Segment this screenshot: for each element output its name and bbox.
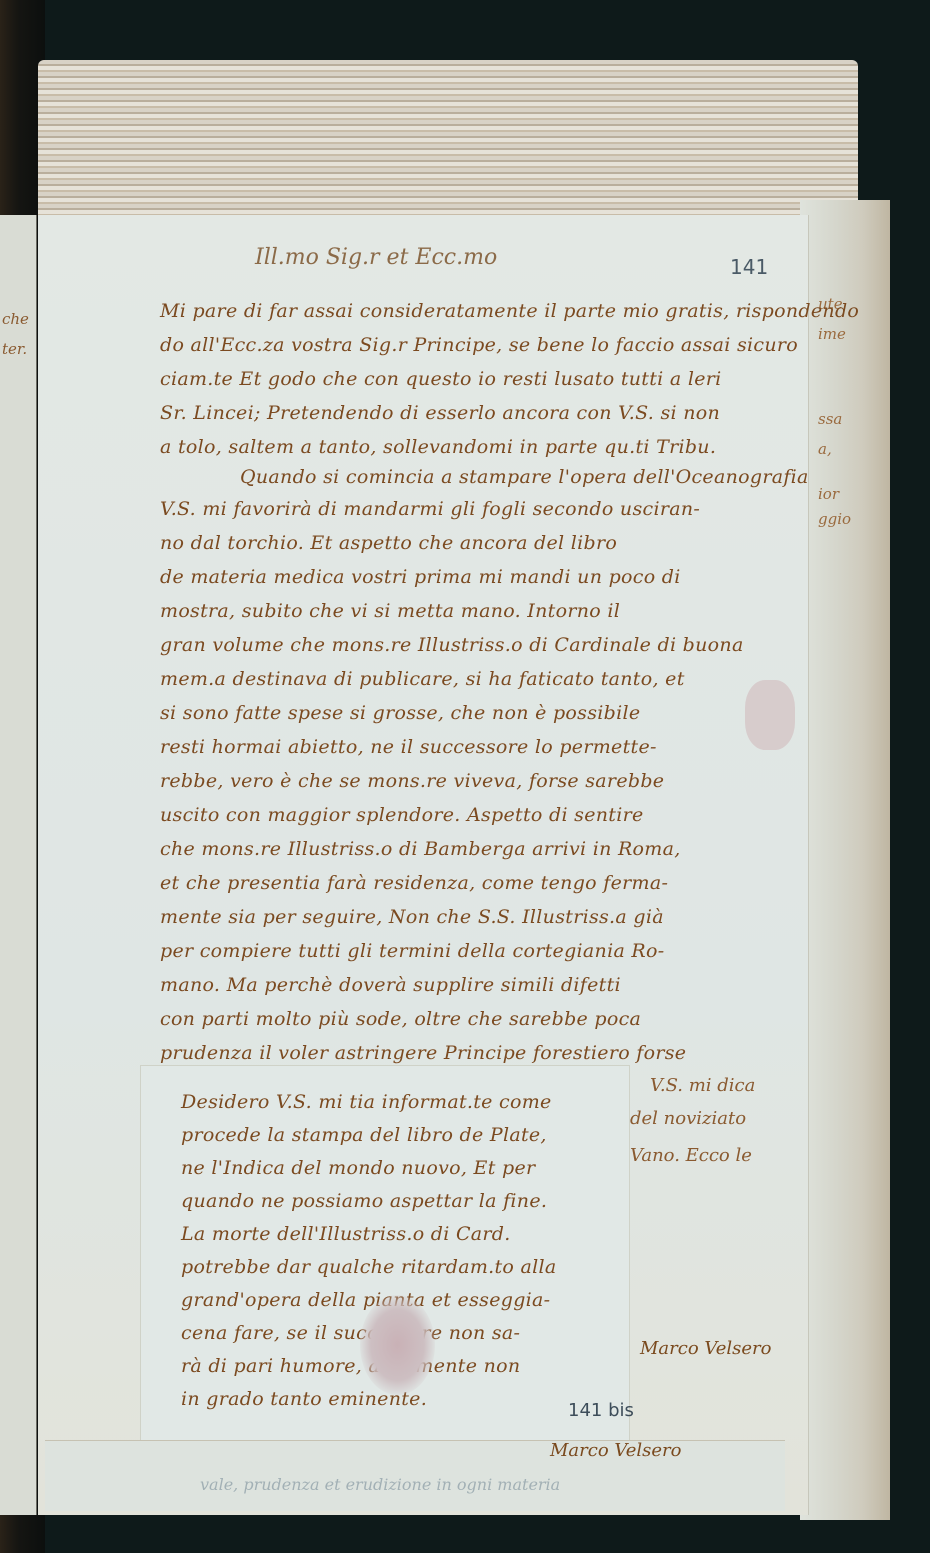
left-fragment: ter. <box>2 340 27 358</box>
ink-stain <box>745 680 795 750</box>
text-line: do all'Ecc.za vostra Sig.r Principe, se … <box>160 334 798 356</box>
signature-upper: Marco Velsero <box>640 1338 772 1359</box>
text-line: con parti molto più sode, oltre che sare… <box>160 1008 641 1030</box>
text-line: Quando si comincia a stampare l'opera de… <box>240 466 809 488</box>
text-line: rebbe, vero è che se mons.re viveva, for… <box>160 770 664 792</box>
folio-number: 141 <box>730 255 768 279</box>
text-line: a tolo, saltem a tanto, sollevandomi in … <box>160 436 716 458</box>
insert-line: La morte dell'Illustriss.o di Card. <box>181 1223 511 1245</box>
side-note: V.S. mi dica <box>650 1075 755 1096</box>
insert-line: procede la stampa del libro de Plate, <box>181 1124 547 1146</box>
text-line: mostra, subito che vi si metta mano. Int… <box>160 600 620 622</box>
text-line: no dal torchio. Et aspetto che ancora de… <box>160 532 617 554</box>
text-line: Mi pare di far assai consideratamente il… <box>160 300 859 322</box>
text-line: de materia medica vostri prima mi mandi … <box>160 566 681 588</box>
salutation: Ill.mo Sig.r et Ecc.mo <box>255 245 497 270</box>
side-note: Vano. Ecco le <box>630 1145 752 1166</box>
insert-line: rà di pari humore, altramente non <box>181 1355 520 1377</box>
insert-line: Desidero V.S. mi tia informat.te come <box>181 1091 552 1113</box>
insert-line: grand'opera della pianta et esseggia- <box>181 1289 550 1311</box>
text-line: per compiere tutti gli termini della cor… <box>160 940 664 962</box>
insert-folio-number: 141 bis <box>568 1400 634 1421</box>
right-fragment: ior <box>818 485 839 503</box>
text-line: prudenza il voler astringere Principe fo… <box>160 1042 686 1064</box>
text-line: et che presentia farà residenza, come te… <box>160 872 668 894</box>
wax-seal-mark <box>360 1295 435 1395</box>
text-line: si sono fatte spese si grosse, che non è… <box>160 702 640 724</box>
left-fragment: che <box>2 310 29 328</box>
text-line: resti hormai abietto, ne il successore l… <box>160 736 657 758</box>
side-note: del noviziato <box>630 1108 746 1129</box>
text-line: ciam.te Et godo che con questo io resti … <box>160 368 722 390</box>
insert-line: ne l'Indica del mondo nuovo, Et per <box>181 1157 535 1179</box>
text-line: uscito con maggior splendore. Aspetto di… <box>160 804 644 826</box>
text-line: che mons.re Illustriss.o di Bamberga arr… <box>160 838 681 860</box>
left-page-edge: che ter. <box>0 215 37 1515</box>
text-line: Sr. Lincei; Pretendendo di esserlo ancor… <box>160 402 720 424</box>
text-line: mano. Ma perchè doverà supplire simili d… <box>160 974 621 996</box>
insert-line: cena fare, se il successore non sa- <box>181 1322 520 1344</box>
text-line: V.S. mi favorirà di mandarmi gli fogli s… <box>160 498 700 520</box>
page-stack-edges <box>38 60 858 230</box>
text-line: gran volume che mons.re Illustriss.o di … <box>160 634 744 656</box>
insert-line: potrebbe dar qualche ritardam.to alla <box>181 1256 557 1278</box>
right-fragment: a, <box>818 440 832 458</box>
signature: Marco Velsero <box>550 1440 682 1461</box>
insert-line: quando ne possiamo aspettar la fine. <box>181 1190 547 1212</box>
right-fragment: ssa <box>818 410 842 428</box>
right-fragment: ime <box>818 325 846 343</box>
text-line: mente sia per seguire, Non che S.S. Illu… <box>160 906 664 928</box>
right-fragment: ggio <box>818 510 851 528</box>
ghost-text-bleed: vale, prudenza et erudizione in ogni mat… <box>200 1475 560 1494</box>
text-line: mem.a destinava di publicare, si ha fati… <box>160 668 685 690</box>
right-page-edges: ute ime ssa a, ior ggio <box>800 200 890 1520</box>
